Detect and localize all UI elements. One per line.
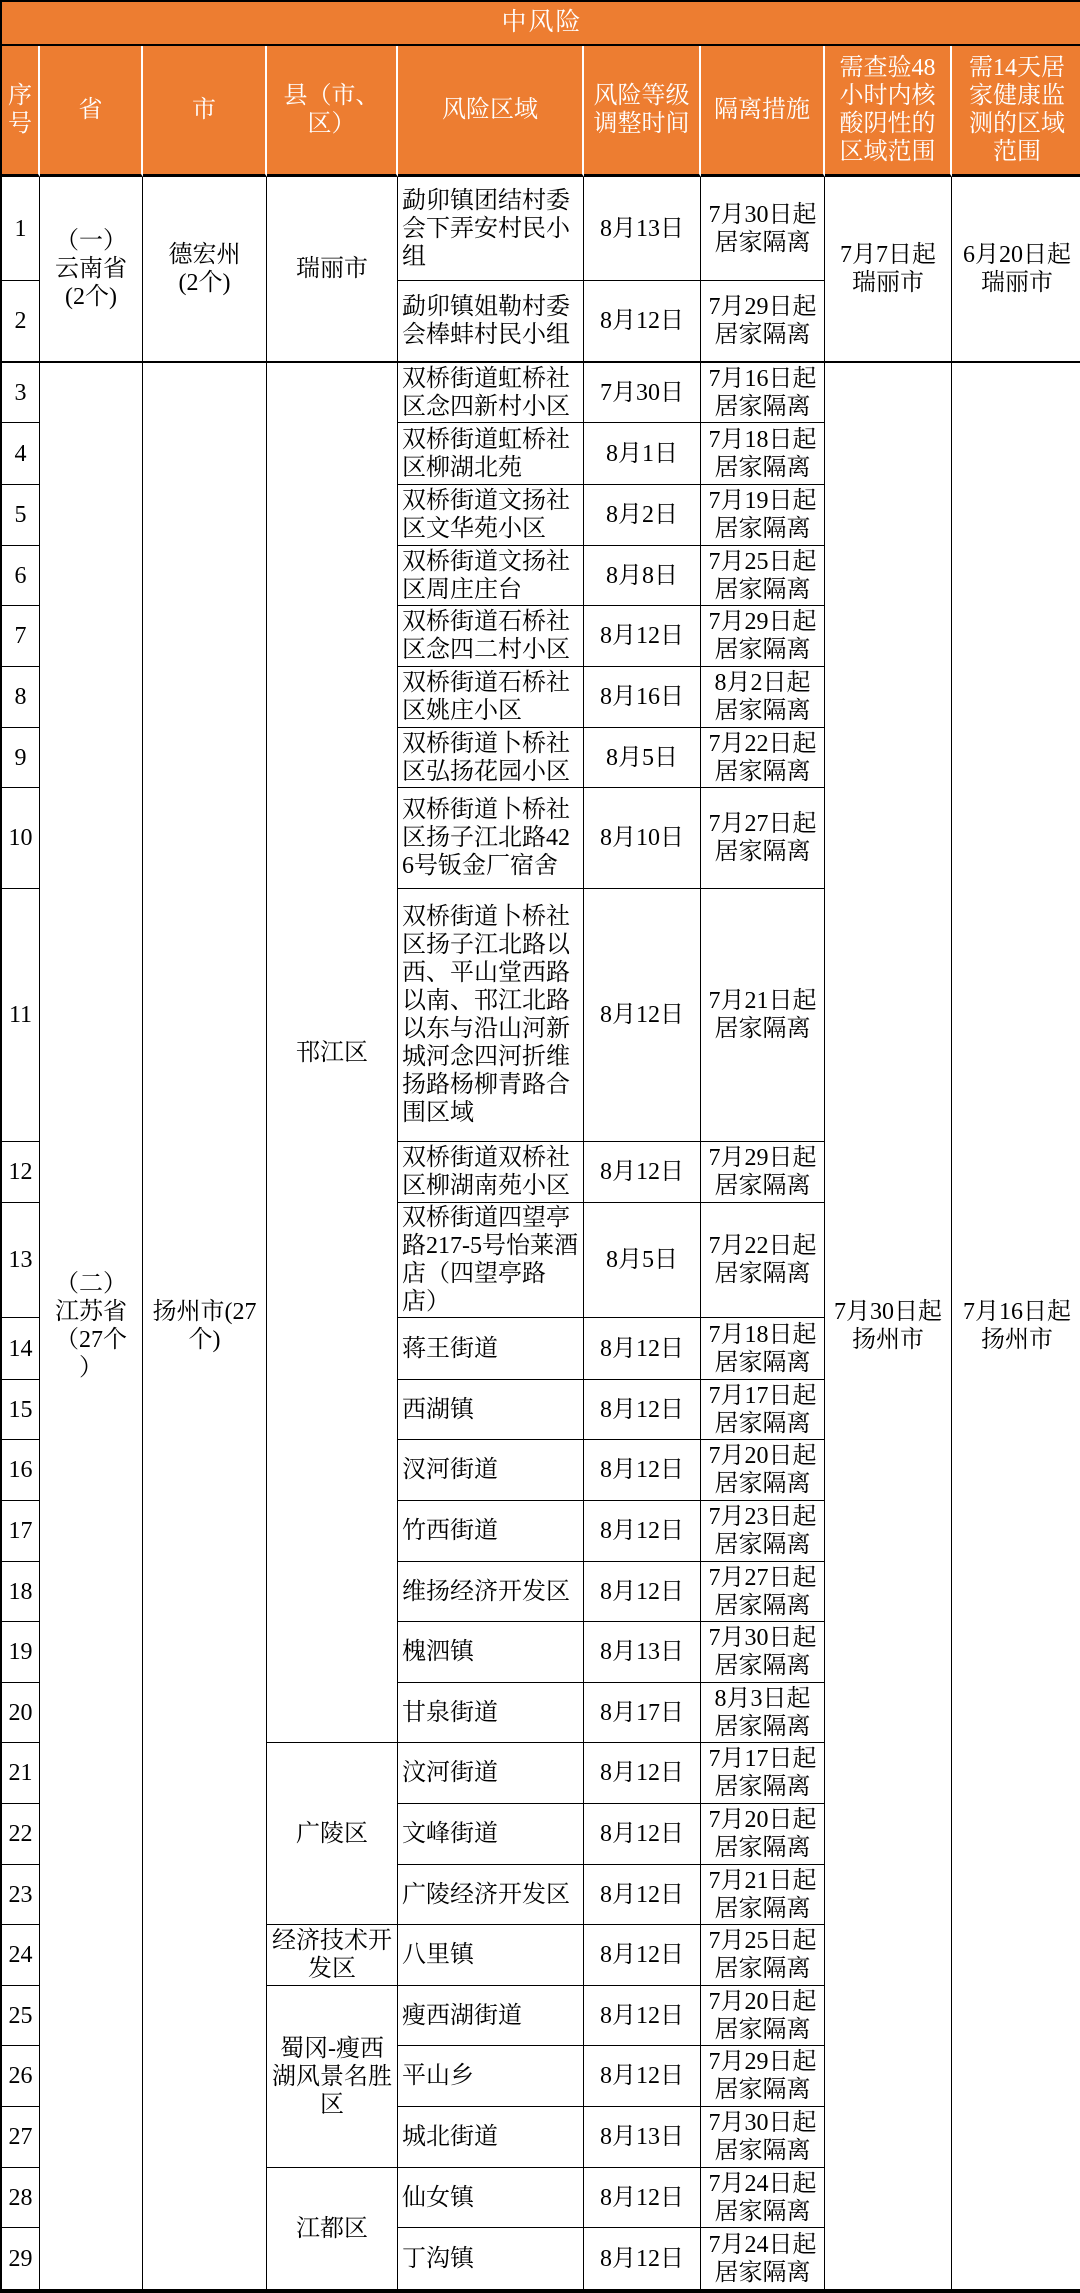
cell-risk-area: 勐卯镇团结村委会下弄安村民小组	[398, 177, 584, 281]
cell-adjust-date: 8月12日	[584, 2168, 701, 2228]
cell-serial-number: 1	[2, 177, 40, 281]
cell-serial-number: 23	[2, 1865, 40, 1925]
cell-risk-area: 双桥街道石桥社区姚庄小区	[398, 667, 584, 728]
cell-isolation-measure: 7月21日起 居家隔离	[701, 889, 825, 1142]
cell-serial-number: 22	[2, 1804, 40, 1865]
cell-risk-area: 双桥街道石桥社区念四二村小区	[398, 606, 584, 667]
cell-risk-area: 双桥街道虹桥社区念四新村小区	[398, 362, 584, 423]
table-row: 3（二） 江苏省 （27个 ）扬州市(27 个)邗江区双桥街道虹桥社区念四新村小…	[2, 362, 1080, 423]
cell-risk-area: 西湖镇	[398, 1380, 584, 1440]
cell-adjust-date: 8月12日	[584, 1986, 701, 2046]
cell-serial-number: 9	[2, 728, 40, 788]
cell-risk-area: 广陵经济开发区	[398, 1865, 584, 1925]
cell-serial-number: 20	[2, 1683, 40, 1743]
cell-risk-area: 八里镇	[398, 1925, 584, 1986]
cell-serial-number: 24	[2, 1925, 40, 1986]
cell-monitor-scope: 6月20日起 瑞丽市	[952, 177, 1080, 362]
cell-nucleic-scope: 7月30日起 扬州市	[825, 362, 952, 2290]
cell-adjust-date: 8月12日	[584, 889, 701, 1142]
cell-isolation-measure: 7月30日起 居家隔离	[701, 2107, 825, 2168]
cell-risk-area: 丁沟镇	[398, 2228, 584, 2290]
cell-serial-number: 4	[2, 423, 40, 485]
header-isolation-measure: 隔离措施	[701, 46, 825, 177]
cell-isolation-measure: 7月20日起 居家隔离	[701, 1440, 825, 1501]
cell-adjust-date: 8月12日	[584, 1318, 701, 1380]
cell-isolation-measure: 7月19日起 居家隔离	[701, 485, 825, 546]
cell-isolation-measure: 8月3日起 居家隔离	[701, 1683, 825, 1743]
cell-adjust-date: 8月5日	[584, 728, 701, 788]
header-province: 省	[40, 46, 143, 177]
cell-adjust-date: 8月10日	[584, 788, 701, 889]
cell-district: 江都区	[267, 2168, 398, 2290]
cell-serial-number: 28	[2, 2168, 40, 2228]
cell-adjust-date: 8月12日	[584, 1142, 701, 1203]
cell-risk-area: 瘦西湖街道	[398, 1986, 584, 2046]
cell-city: 德宏州 (2个)	[143, 177, 267, 362]
table-title-row: 中风险	[2, 2, 1080, 46]
cell-isolation-measure: 7月20日起 居家隔离	[701, 1804, 825, 1865]
header-nucleic-scope: 需查验48 小时内核 酸阴性的 区域范围	[825, 46, 952, 177]
cell-isolation-measure: 7月21日起 居家隔离	[701, 1865, 825, 1925]
cell-adjust-date: 8月12日	[584, 606, 701, 667]
cell-serial-number: 11	[2, 889, 40, 1142]
cell-risk-area: 双桥街道四望亭路217-5号怡莱酒店（四望亭路店）	[398, 1203, 584, 1318]
cell-isolation-measure: 7月27日起 居家隔离	[701, 1562, 825, 1622]
cell-serial-number: 3	[2, 362, 40, 423]
header-risk-area: 风险区域	[398, 46, 584, 177]
cell-serial-number: 16	[2, 1440, 40, 1501]
cell-district: 广陵区	[267, 1743, 398, 1925]
cell-adjust-date: 8月12日	[584, 281, 701, 362]
cell-risk-area: 槐泗镇	[398, 1622, 584, 1683]
cell-adjust-date: 8月8日	[584, 546, 701, 606]
cell-serial-number: 10	[2, 788, 40, 889]
cell-serial-number: 5	[2, 485, 40, 546]
cell-serial-number: 27	[2, 2107, 40, 2168]
cell-serial-number: 8	[2, 667, 40, 728]
cell-risk-area: 城北街道	[398, 2107, 584, 2168]
cell-isolation-measure: 8月2日起 居家隔离	[701, 667, 825, 728]
cell-risk-area: 双桥街道双桥社区柳湖南苑小区	[398, 1142, 584, 1203]
cell-adjust-date: 8月5日	[584, 1203, 701, 1318]
cell-adjust-date: 8月12日	[584, 2046, 701, 2107]
cell-risk-area: 蒋王街道	[398, 1318, 584, 1380]
cell-serial-number: 13	[2, 1203, 40, 1318]
cell-isolation-measure: 7月25日起 居家隔离	[701, 546, 825, 606]
cell-serial-number: 2	[2, 281, 40, 362]
cell-adjust-date: 8月13日	[584, 177, 701, 281]
cell-adjust-date: 8月17日	[584, 1683, 701, 1743]
cell-adjust-date: 8月12日	[584, 1865, 701, 1925]
cell-adjust-date: 8月12日	[584, 1380, 701, 1440]
table-header-row: 序 号 省 市 县（市、 区） 风险区域 风险等级 调整时间 隔离措施 需查验4…	[2, 46, 1080, 177]
cell-isolation-measure: 7月29日起 居家隔离	[701, 606, 825, 667]
cell-adjust-date: 8月12日	[584, 1440, 701, 1501]
cell-serial-number: 26	[2, 2046, 40, 2107]
cell-risk-area: 汊河街道	[398, 1440, 584, 1501]
cell-isolation-measure: 7月29日起 居家隔离	[701, 281, 825, 362]
header-serial-number: 序 号	[2, 46, 40, 177]
cell-province: （二） 江苏省 （27个 ）	[40, 362, 143, 2290]
cell-isolation-measure: 7月27日起 居家隔离	[701, 788, 825, 889]
header-county-district: 县（市、 区）	[267, 46, 398, 177]
cell-serial-number: 29	[2, 2228, 40, 2290]
cell-risk-area: 文峰街道	[398, 1804, 584, 1865]
cell-risk-area: 平山乡	[398, 2046, 584, 2107]
cell-serial-number: 12	[2, 1142, 40, 1203]
cell-isolation-measure: 7月29日起 居家隔离	[701, 2046, 825, 2107]
cell-risk-area: 双桥街道虹桥社区柳湖北苑	[398, 423, 584, 485]
cell-adjust-date: 8月13日	[584, 2107, 701, 2168]
cell-serial-number: 7	[2, 606, 40, 667]
cell-district: 蜀冈-瘦西 湖风景名胜 区	[267, 1986, 398, 2168]
cell-city: 扬州市(27 个)	[143, 362, 267, 2290]
cell-adjust-date: 8月12日	[584, 1562, 701, 1622]
cell-isolation-measure: 7月20日起 居家隔离	[701, 1986, 825, 2046]
cell-isolation-measure: 7月22日起 居家隔离	[701, 1203, 825, 1318]
header-adjust-time: 风险等级 调整时间	[584, 46, 701, 177]
cell-isolation-measure: 7月24日起 居家隔离	[701, 2168, 825, 2228]
cell-isolation-measure: 7月18日起 居家隔离	[701, 423, 825, 485]
header-city: 市	[143, 46, 267, 177]
cell-isolation-measure: 7月16日起 居家隔离	[701, 362, 825, 423]
cell-risk-area: 汶河街道	[398, 1743, 584, 1804]
cell-isolation-measure: 7月30日起 居家隔离	[701, 177, 825, 281]
cell-adjust-date: 8月1日	[584, 423, 701, 485]
cell-adjust-date: 8月2日	[584, 485, 701, 546]
cell-risk-area: 双桥街道文扬社区周庄庄台	[398, 546, 584, 606]
table-row: 1（一） 云南省 (2个)德宏州 (2个)瑞丽市勐卯镇团结村委会下弄安村民小组8…	[2, 177, 1080, 281]
cell-monitor-scope: 7月16日起 扬州市	[952, 362, 1080, 2290]
cell-district: 邗江区	[267, 362, 398, 1743]
cell-nucleic-scope: 7月7日起 瑞丽市	[825, 177, 952, 362]
cell-risk-area: 双桥街道卜桥社区弘扬花园小区	[398, 728, 584, 788]
cell-adjust-date: 7月30日	[584, 362, 701, 423]
cell-isolation-measure: 7月17日起 居家隔离	[701, 1743, 825, 1804]
cell-serial-number: 25	[2, 1986, 40, 2046]
cell-serial-number: 19	[2, 1622, 40, 1683]
cell-risk-area: 双桥街道卜桥社区扬子江北路426号钣金厂宿舍	[398, 788, 584, 889]
cell-risk-area: 双桥街道文扬社区文华苑小区	[398, 485, 584, 546]
cell-risk-area: 仙女镇	[398, 2168, 584, 2228]
cell-risk-area: 甘泉街道	[398, 1683, 584, 1743]
cell-adjust-date: 8月12日	[584, 2228, 701, 2290]
cell-adjust-date: 8月12日	[584, 1501, 701, 1562]
header-monitor-scope: 需14天居 家健康监 测的区域 范围	[952, 46, 1080, 177]
medium-risk-area-table: 中风险 序 号 省 市 县（市、 区） 风险区域 风险等级 调整时间 隔离措施 …	[0, 0, 1080, 2293]
cell-isolation-measure: 7月25日起 居家隔离	[701, 1925, 825, 1986]
cell-risk-area: 维扬经济开发区	[398, 1562, 584, 1622]
cell-isolation-measure: 7月18日起 居家隔离	[701, 1318, 825, 1380]
cell-risk-area: 竹西街道	[398, 1501, 584, 1562]
cell-isolation-measure: 7月30日起 居家隔离	[701, 1622, 825, 1683]
cell-serial-number: 18	[2, 1562, 40, 1622]
table-title: 中风险	[2, 2, 1080, 46]
cell-adjust-date: 8月16日	[584, 667, 701, 728]
cell-isolation-measure: 7月22日起 居家隔离	[701, 728, 825, 788]
cell-isolation-measure: 7月23日起 居家隔离	[701, 1501, 825, 1562]
cell-isolation-measure: 7月24日起 居家隔离	[701, 2228, 825, 2290]
cell-risk-area: 双桥街道卜桥社区扬子江北路以西、平山堂西路以南、邗江北路以东与沿山河新城河念四河…	[398, 889, 584, 1142]
cell-adjust-date: 8月12日	[584, 1925, 701, 1986]
cell-risk-area: 勐卯镇姐勒村委会棒蚌村民小组	[398, 281, 584, 362]
cell-adjust-date: 8月12日	[584, 1743, 701, 1804]
cell-serial-number: 14	[2, 1318, 40, 1380]
cell-serial-number: 6	[2, 546, 40, 606]
cell-adjust-date: 8月12日	[584, 1804, 701, 1865]
cell-serial-number: 17	[2, 1501, 40, 1562]
cell-serial-number: 15	[2, 1380, 40, 1440]
cell-isolation-measure: 7月17日起 居家隔离	[701, 1380, 825, 1440]
cell-province: （一） 云南省 (2个)	[40, 177, 143, 362]
cell-district: 瑞丽市	[267, 177, 398, 362]
cell-adjust-date: 8月13日	[584, 1622, 701, 1683]
cell-serial-number: 21	[2, 1743, 40, 1804]
cell-district: 经济技术开 发区	[267, 1925, 398, 1986]
cell-isolation-measure: 7月29日起 居家隔离	[701, 1142, 825, 1203]
